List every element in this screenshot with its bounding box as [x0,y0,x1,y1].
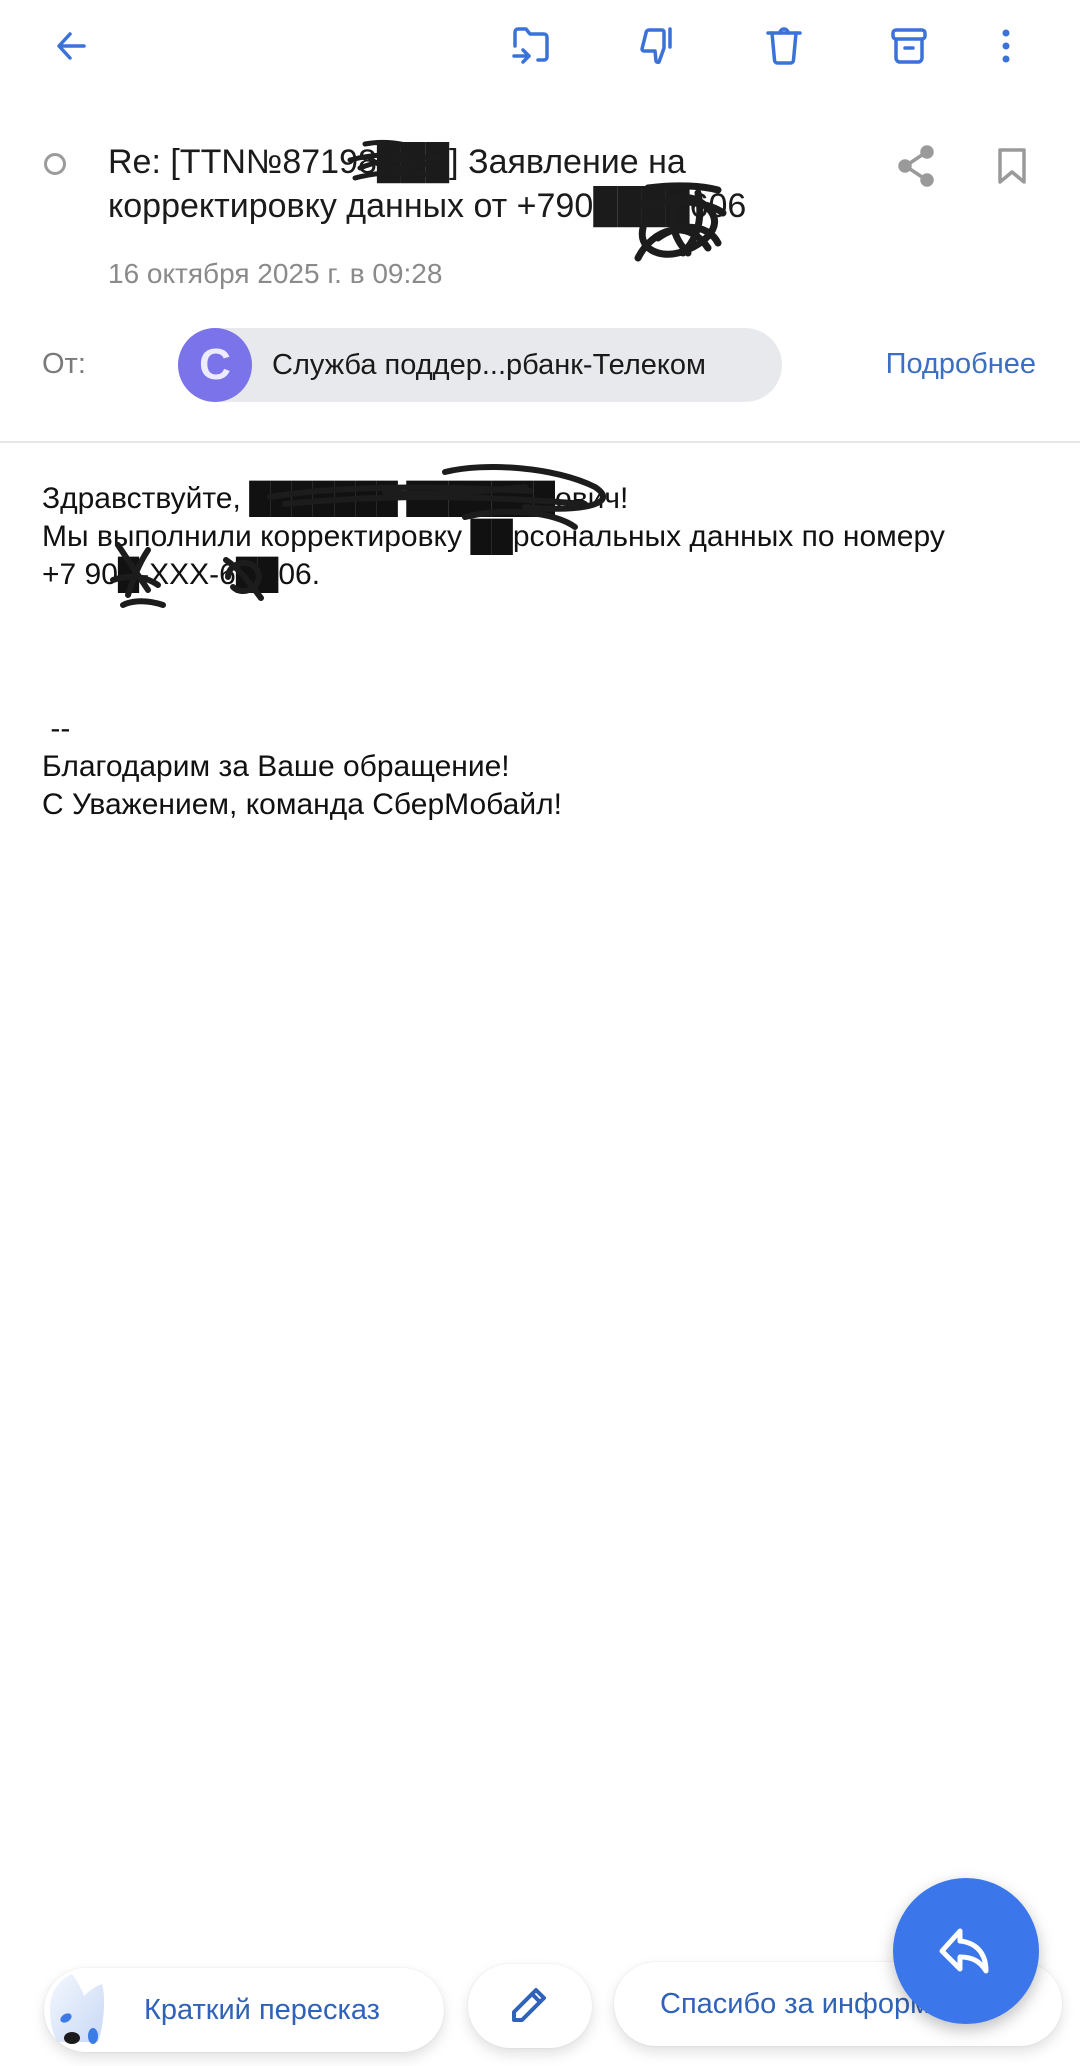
message-date: 16 октября 2025 г. в 09:28 [108,258,442,290]
archive-icon [885,22,933,70]
unread-toggle[interactable] [44,153,66,175]
pencil-icon [506,1982,554,2030]
signature-separator: -- [42,710,562,748]
sender-chip[interactable]: С Служба поддер...рбанк-Телеком [178,328,782,402]
move-to-folder-button[interactable] [496,10,568,82]
back-button[interactable] [36,10,108,82]
reply-fab[interactable] [893,1878,1039,2024]
more-vertical-icon [982,22,1030,70]
signature-line: С Уважением, команда СберМобайл! [42,786,562,824]
message-body: Здравствуйте, ███████ ███████ович! Мы вы… [42,480,1052,594]
message-signature: -- Благодарим за Ваше обращение! С Уваже… [42,710,562,824]
more-options-button[interactable] [980,10,1032,82]
share-button[interactable] [880,130,952,202]
arrow-left-icon [48,22,96,70]
reply-icon [934,1919,998,1983]
compose-button[interactable] [468,1964,592,2048]
header-divider [0,441,1080,443]
share-icon [892,142,940,190]
assistant-mascot-icon [44,1968,122,2052]
details-link[interactable]: Подробнее [886,348,1036,381]
body-line: Здравствуйте, ███████ ███████ович! [42,480,1052,518]
body-line: Мы выполнили корректировку ██рсональных … [42,518,1052,556]
sender-avatar: С [178,328,252,402]
body-line: +7 90█-XXX-6██06. [42,556,1052,594]
folder-move-icon [508,22,556,70]
bookmark-button[interactable] [976,130,1048,202]
trash-icon [760,22,808,70]
from-label: От: [42,348,86,381]
signature-line: Благодарим за Ваше обращение! [42,748,562,786]
summary-button[interactable]: Краткий пересказ [44,1968,444,2052]
sender-name: Служба поддер...рбанк-Телеком [272,349,706,382]
thumbs-down-icon [633,22,681,70]
message-subject: Re: [TTN№87198███] Заявление на корректи… [108,140,828,228]
summary-label: Краткий пересказ [144,1994,380,2027]
subject-line-2: корректировку данных от +790████606 [108,184,828,228]
subject-line-1: Re: [TTN№87198███] Заявление на [108,140,828,184]
bookmark-icon [988,142,1036,190]
spam-button[interactable] [621,10,693,82]
delete-button[interactable] [748,10,820,82]
archive-button[interactable] [873,10,945,82]
